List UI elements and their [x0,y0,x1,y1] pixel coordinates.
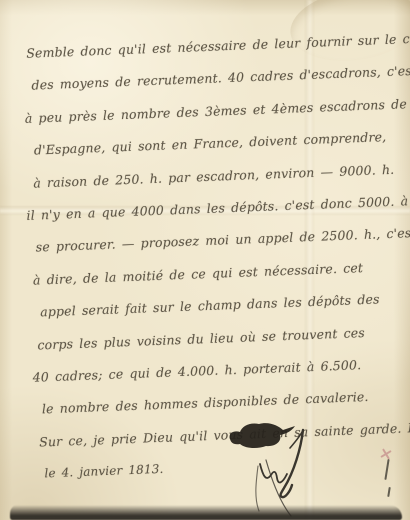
scan-edge-shadow [10,505,402,520]
handwriting-block: Semble donc qu'il est nécessaire de leur… [20,31,410,499]
letter-scan: Semble donc qu'il est nécessaire de leur… [0,0,410,520]
pencil-dash-mark [387,487,391,497]
